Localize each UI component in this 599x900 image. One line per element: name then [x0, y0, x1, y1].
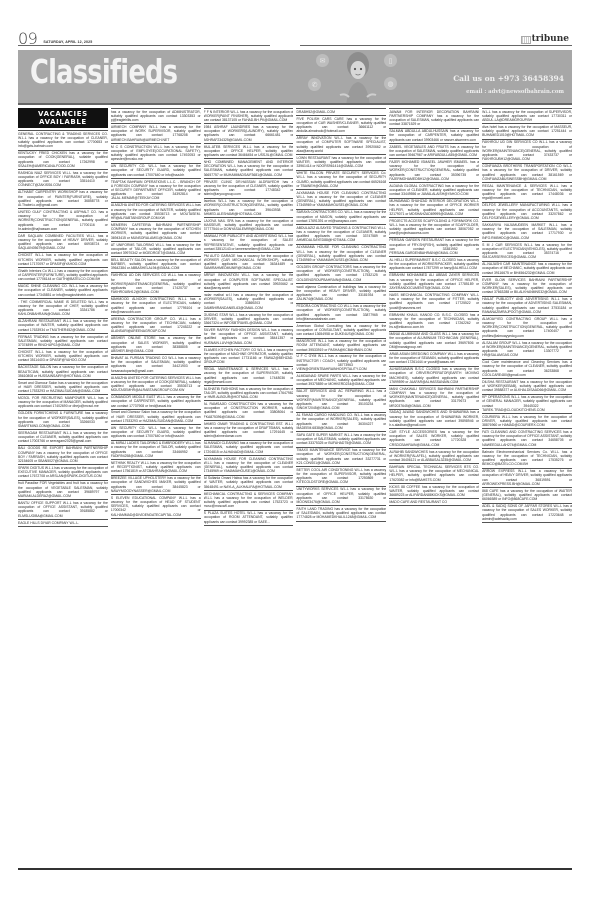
- classified-ad: FERNAS TRADING has a vacancy for the occ…: [18, 334, 108, 349]
- classified-ad: GENERAL CONTRACTING & TRADING SERVICES C…: [18, 130, 108, 151]
- classified-ad: EVER GLOW SERVICES BAHRAINI PARTNERSHIP …: [482, 277, 572, 297]
- classified-ad: ARRAY INNOVATION W.L.L has a vacancy for…: [204, 273, 294, 293]
- classified-ad: ARROW EXPRESS W.L.L has a vacancy for th…: [482, 469, 572, 489]
- classified-ad: TMAXX MAINTENANCE SERVICE has a vacancy …: [296, 448, 386, 468]
- classified-ad: ALYAMAMA HOUSE FOR CLEANING CONTRACTING …: [296, 190, 386, 210]
- classified-ad: WHITE FALCON PRIVATE SECURITY SERVICES C…: [296, 171, 386, 191]
- ad-list: has a vacancy for the occupation of ADMI…: [111, 108, 201, 519]
- classified-ad: AW SECURITY CO. W.L.L has a vacancy for …: [111, 164, 201, 179]
- classified-ad: PRIVATE CLINIC DR.HASSAN ALDRAYEDH has a…: [204, 179, 294, 199]
- classified-ad: 868 CAFE has a vacancy for the occupatio…: [482, 488, 572, 503]
- header-rule-right: [300, 45, 572, 46]
- classified-ad: AW SECURITY CO. W.L.L has a vacancy for …: [111, 425, 201, 440]
- classified-ad: KENTUCKY FRIED CHICKEN has a vacancy for…: [18, 151, 108, 171]
- ad-list: DRABH52@GMAIL.COMFIVE POLISH CARS CARE h…: [296, 108, 386, 522]
- classified-ad: ARAB ASIAN DREDGING COMPANY W.L.L has a …: [389, 351, 479, 366]
- classified-ad: BALJIT SERVICES AND AC REPAIRING W.L.L h…: [296, 389, 386, 413]
- classified-ad: AHMED OMAR TRADING & CONTRACTING EST. W.…: [204, 421, 294, 441]
- classified-ad: ALRAHIB SANDWICHES has a vacancy for the…: [389, 449, 479, 464]
- classified-ad: REGAL MAINTENANCE & SERVICES W.L.L has a…: [204, 367, 294, 387]
- classified-ad: HAILAT PUBLICITY AND ADVERTISING W.L.L h…: [482, 297, 572, 317]
- classified-ad: DELFOS JEWELLERY MANUFACTURING W.L.L has…: [482, 203, 572, 223]
- classified-ad: F F N INTERIOR W.L.L has a vacancy for t…: [204, 108, 294, 124]
- classified-ad: BAHRAIN SPECIAL TECHNICAL SERVICES BTS C…: [389, 464, 479, 484]
- classified-ad: ABDULAZIZ ALSAYED TRADING & CONTRACTING …: [296, 225, 386, 245]
- classified-ad: Bahrain Electromechanical Services Co. W…: [482, 449, 572, 469]
- classified-ad: COURIERA W.L.L has a vacancy for the occ…: [482, 414, 572, 429]
- classified-ad: UNITYWORKS SERVICES W.L.L has a vacancy …: [296, 487, 386, 507]
- classified-ad: SALMAN ABDULLA ABDULHUSSAIN has a vacanc…: [389, 129, 479, 144]
- classified-ad: CAR STYLE ACCESSORIES has a vacancy for …: [389, 429, 479, 449]
- classified-ad: AMWAAJ FOR PUBLICITY AND ADVERTISING W.L…: [204, 234, 294, 254]
- woman-figure-icon: [336, 51, 380, 103]
- ad-list: JAWAM FOR INTERIOR DECORATION BAHRAINI P…: [389, 108, 479, 506]
- mail-icon: ✉: [316, 54, 329, 67]
- classified-ad: FAKHROU UD DIN SERVICES CO W.L.L has a v…: [482, 140, 572, 164]
- classified-ad: SAFA GATE SUPER MARKET W.L.L has a vacan…: [296, 432, 386, 447]
- classified-ad: ALHASSANAIN B.S.C CLOSED has a vacancy f…: [389, 367, 479, 387]
- classified-ad: ALMDAINAD SPARE PARTS W.L.L has a vacanc…: [296, 373, 386, 388]
- column-2: has a vacancy for the occupation of ADMI…: [111, 108, 201, 868]
- classified-ad: Al Sultania Omani Halwa has a vacancy fo…: [204, 476, 294, 491]
- classified-ad: GOLDEN FORKITCHENS & FURNITURE has a vac…: [18, 411, 108, 431]
- classified-ad: S M J CAR SERVICES W.L.L has a vacancy f…: [482, 242, 572, 262]
- column-3: F F N INTERIOR W.L.L has a vacancy for t…: [204, 108, 294, 868]
- classified-ad: ALMUZHA UNITED FOR CATERING SERVICES W.L…: [111, 203, 201, 223]
- classified-ad: LOWN RESTAURANT has a vacancy for the oc…: [296, 155, 386, 170]
- classified-ad: AL MIRAJ LADIES TAILORING & EMBROIDERY W…: [111, 441, 201, 461]
- classified-ad: ALDANA GLOBAL CONTRACTING has a vacancy …: [389, 183, 479, 198]
- classified-ad: DAR SAQLAIN COMBINED FACILITIES W.L.L ha…: [18, 233, 108, 253]
- classified-ad: FEDORA CONTRACTING CO W.L.L has a vacanc…: [296, 304, 386, 324]
- classified-ad: FAJER MOHAMED ISMAEEL JAWHER ISMAEEL has…: [389, 159, 479, 183]
- classified-ad: American Global Consulting has a vacancy…: [296, 323, 386, 338]
- heading-line-1: VACANCIES: [18, 110, 108, 118]
- heading-line-2: AVAILABLE: [18, 118, 108, 126]
- classified-ad: GUIDING STAR W.L.L has a vacancy for the…: [204, 312, 294, 327]
- classified-ad: MEMERIN CAFETERIA BAHRAINI PARTNERSHIP C…: [111, 222, 201, 242]
- classified-ad: MANGROVE W.L.L has a vacancy for the occ…: [296, 339, 386, 354]
- classified-ad: SARAYA CONTRACTORS CO. W.L.L has a vacan…: [296, 210, 386, 225]
- header-rule-left: [18, 45, 270, 46]
- classified-ad: Smart and Glamour Salon has a vacancy fo…: [18, 380, 108, 395]
- classified-ad: ZABEEL VEGETABLES AND FRUITS has a vacan…: [389, 144, 479, 159]
- classified-ad: ALSHATIB FASHIONS has a vacancy for the …: [204, 386, 294, 401]
- classified-ad: Smart and Glamour Salon has a vacancy fo…: [111, 410, 201, 425]
- classified-ad: TEAPTAK BAHRAIN OPERATIONS L.L.C. - BRAN…: [111, 179, 201, 203]
- flag-icon: [521, 36, 531, 44]
- classified-ad: M C S CONSTRUCTION W.L.L has a vacancy f…: [111, 144, 201, 164]
- classified-ad: W.L.L has a vacancy for the occupation o…: [482, 108, 572, 124]
- classified-ad: AL FAHAD CARGO HANDLING CO. W.L.L has a …: [296, 413, 386, 433]
- classified-ad: : THE COMMERCIAL NAME IS DELETED W.L.L h…: [18, 299, 108, 319]
- classified-ad: EAGLE HILLS DIYAR COMPANY W.L.L.: [18, 520, 108, 527]
- classified-ad: KICKS 88 COFFEE has a vacancy for the oc…: [389, 484, 479, 499]
- page-bottom-rule: [18, 868, 572, 870]
- classified-ad: CHICKET W.L.L has a vacancy for the occu…: [18, 349, 108, 364]
- column-5: JAWAM FOR INTERIOR DECORATION BAHRAINI P…: [389, 108, 479, 868]
- classified-ad: COMANDOR MIDDLE EAST W.L.L has a vacancy…: [111, 395, 201, 410]
- classified-ad: ABSHER ONLINE STORE has a vacancy for th…: [111, 336, 201, 356]
- classified-ad: MANI CHAKWALI SERVICES BAHRAINI PARTNERS…: [389, 386, 479, 410]
- classified-ad: SAKKARIYA NAJUMUDEEN MARKET W.L.L has a …: [482, 222, 572, 242]
- classified-ad: ALZAHRANI RESTAURANT W.L.L has a vacancy…: [18, 319, 108, 334]
- classified-ad: AL HELLI SUPERMARKET B.S.C CLOSED has a …: [389, 257, 479, 272]
- classified-ad: AT UNIFORMS TAILORING W.L.L has a vacanc…: [111, 242, 201, 257]
- classified-ad: radar mathai w.l.l has a vacancy for the…: [204, 292, 294, 312]
- classified-ad: SPARK DIGITUS W.L.L has a vacancy for th…: [18, 465, 108, 480]
- classified-ad: ALMOAYYED CONTRACTING GROUP W.L.L has a …: [482, 316, 572, 340]
- page-date: SATURDAY, APRIL 12, 2025: [43, 40, 92, 44]
- classified-ad: fruit Paradise FOR Vegetables and fruit …: [18, 481, 108, 501]
- brand-logo: tribune: [521, 35, 569, 44]
- column-4: DRABH52@GMAIL.COMFIVE POLISH CARS CARE h…: [296, 108, 386, 868]
- classified-ad: U F C GYM W.L.L has a vacancy for the oc…: [296, 354, 386, 374]
- classifieds-banner: Classifieds ✉ ✆ ▯ ◍ Call us on +973 3645…: [18, 50, 572, 103]
- classified-ad: ADEL & SADIQ SONS OF JAFFAR STORES W.L.L…: [482, 504, 572, 524]
- classified-ad: MAGIC SHINE CLEANING CO. W.L.L has a vac…: [18, 284, 108, 299]
- column-1: VACANCIES AVAILABLE GENERAL CONTRACTING …: [18, 108, 108, 868]
- classifieds-columns: VACANCIES AVAILABLE GENERAL CONTRACTING …: [18, 108, 572, 868]
- classified-ad: UNITED GULF CONTRACTING & ASPHALT CO. ha…: [18, 209, 108, 233]
- classified-ad: diva hotel has a vacancy for the occupat…: [482, 124, 572, 139]
- classified-ad: MCSOL FOR RECRUITING MANPOWER W.L.L has …: [18, 395, 108, 410]
- classified-ad: DRABH52@GMAIL.COM: [296, 108, 386, 116]
- classified-ad: EBRAHIM MOHAMMED ALI ABBAS ZAYER SERVICE…: [389, 273, 479, 293]
- classified-ad: BELL BEAUTY SALON has a vacancy for the …: [111, 257, 201, 272]
- classified-ad: ARRAY INNOVATION W.L.L has a vacancy for…: [296, 136, 386, 156]
- classified-ad: BREEZEE VILLAGE UPHOLSTERY has a vacancy…: [111, 476, 201, 496]
- folio: 09 SATURDAY, APRIL 12, 2025: [18, 28, 270, 46]
- classified-ad: wadi aljanna Construction of buildings h…: [296, 284, 386, 304]
- banner-rule: [18, 103, 572, 105]
- classified-ad: ALYAMAMA HOUSE FOR CLEANING CONTRACTING …: [204, 456, 294, 476]
- classified-ad: SEERAGAM RESTAURANT W.L.L has a vacancy …: [18, 430, 108, 445]
- classified-ad: ELAMES KITCHEN FACTORY CO W.L.L has a va…: [204, 347, 294, 367]
- classified-ad: ALTHABIT CARPENTRY WORKSHOP has a vacanc…: [18, 190, 108, 210]
- contact-email[interactable]: email : advt@newsofbahrain.com: [453, 89, 564, 95]
- classified-ad: PROJECTS ACCESS SCAFFOLDING & FORMWORK C…: [389, 218, 479, 238]
- classified-ad: MECHANICAL CONTRACTING & SERVICES COMPAN…: [204, 491, 294, 511]
- classified-ad: FAITH LAND TRADING has a vacancy for the…: [296, 506, 386, 521]
- classified-ad: MAHMOOD ALNOOH CONTRACTING W.L.L has a v…: [111, 297, 201, 317]
- classified-ad: RASHIDA NIAZ SERVICES W.L.L has a vacanc…: [18, 170, 108, 190]
- brand-name: tribune: [532, 35, 569, 44]
- classified-ad: S ELEVEN EDUCATIONAL COMPANY W.L.L has a…: [111, 495, 201, 519]
- classified-ad: BHAVAT AL FURSAN TRADING CO W.L.L has a …: [111, 355, 201, 375]
- banner-title: Classifieds: [30, 52, 177, 91]
- classified-ad: Ghaith Interiors Co W.L.L has a vacancy …: [18, 268, 108, 283]
- classified-ad: MADO CAFE AND RESTAURANT CO: [389, 499, 479, 506]
- contact-block: Call us on +973 36458394 email : advt@ne…: [453, 74, 564, 95]
- classified-ad: BANTU OFFICE SUPPORT W.L.L has a vacancy…: [18, 500, 108, 520]
- mobile-icon: ▯: [384, 54, 397, 67]
- classified-ad: GOLDEN GROUP CONTRACTORS has a vacancy f…: [296, 264, 386, 284]
- classified-ad: BACKSTAGE SALON has a vacancy for the oc…: [18, 365, 108, 380]
- classified-ad: BETTER COOL AIR CONDITIONING W.L.L has a…: [296, 467, 386, 487]
- classified-ad: NETHINK REALTY W.L.L has a vacancy for t…: [111, 460, 201, 475]
- classified-ad: 1984 ASHRAF LAUNDRIES has a vacancy for …: [204, 124, 294, 144]
- classified-ad: JAWAM FOR INTERIOR DECORATION BAHRAINI P…: [389, 108, 479, 129]
- classified-ad: EBRAHIM KHALIL KANOO CO. B.S.C. CLOSED h…: [389, 312, 479, 332]
- page-number: 09: [18, 32, 37, 46]
- classified-ad: CONFIANZA BROTHERS TRANSPORTATION CO W.L…: [482, 164, 572, 184]
- classified-ad: MUL.ATEB SERVICES W.L.L has a vacancy fo…: [204, 144, 294, 159]
- column-6: W.L.L has a vacancy for the occupation o…: [482, 108, 572, 868]
- classified-ad: AL-NAJASHI CAR MAINTENANCE has a vacancy…: [482, 262, 572, 277]
- classified-ad: KP OPERATIONS W.L.L has a vacancy for th…: [482, 395, 572, 415]
- classified-ad: AREENA CONTRACTOR GROUP CO. W.L.L has a …: [111, 316, 201, 336]
- classified-ad: PM AUTO GARAGE has a vacancy for the occ…: [204, 253, 294, 273]
- classified-ad: CHICKET W.L.L has a vacancy for the occu…: [18, 253, 108, 268]
- globe-icon: ◍: [384, 77, 397, 90]
- classified-ad: ALYAMAMA HOUSE FOR CLEANING CONTRACTING …: [296, 245, 386, 265]
- classified-ad: PERSIAN GARDEN RESTAURANT has a vacancy …: [389, 238, 479, 258]
- classified-ad: NASS MECHANICAL CONTRACTING COMPANY W.L.…: [389, 292, 479, 312]
- ad-list: F F N INTERIOR W.L.L has a vacancy for t…: [204, 108, 294, 526]
- classified-ad: SILVER RAFFAY FASHION DESIGN W.L.L has a…: [204, 327, 294, 347]
- vacancies-heading: VACANCIES AVAILABLE: [18, 108, 108, 128]
- phone-icon: ✆: [308, 78, 321, 91]
- classified-ad: FATI CLEANING AND CONTRACTING SERVICES h…: [482, 429, 572, 449]
- classified-ad: S PLAZA SUITES HOTEL W.L.L has a vacancy…: [204, 511, 294, 526]
- classified-ad: NHG COMBINED MANAGEMENT AND INTERIOR DEC…: [204, 159, 294, 179]
- classified-ad: FIVE POLISH CARS CARE has a vacancy for …: [296, 116, 386, 136]
- classified-ad: AL RAMSAJID CONSTRUCTION has a vacancy f…: [204, 401, 294, 421]
- classified-ad: AIRMECH COMPANY W.L.L has a vacancy for …: [111, 124, 201, 144]
- ad-list: W.L.L has a vacancy for the occupation o…: [482, 108, 572, 523]
- classified-ad: DILSHA RESTAURANT has a vacancy for the …: [482, 379, 572, 394]
- classified-ad: FAKHROU UD DIN SERVICES CO W.L.L has a v…: [111, 273, 201, 297]
- classified-ad: ALSALAM GROUP W.L.L has a vacancy for th…: [482, 340, 572, 360]
- classified-ad: REGAL MAINTENANCE & SERVICES W.L.L has a…: [482, 183, 572, 203]
- classified-ad: MANAI ALUMINIUM AND GLASS W.L.L has a va…: [389, 332, 479, 352]
- classified-ad: has a vacancy for the occupation of ADMI…: [111, 108, 201, 124]
- classified-ad: SADAQ ALWAD SANDWICHES AND SHAWARMA has …: [389, 410, 479, 430]
- classified-ad: LAJOVA NAIL SPA has a vacancy for the oc…: [204, 218, 294, 233]
- classified-ad: facebus W.L.L has a vacancy for the occu…: [204, 199, 294, 219]
- contact-phone[interactable]: Call us on +973 36458394: [453, 74, 564, 83]
- classified-ad: ALHANADI CLEANING has a vacancy for the …: [204, 441, 294, 456]
- classified-ad: MUHAMMAD SHAHZAD INTERIOR DECORATION W.L…: [389, 199, 479, 219]
- classified-ad: BALI GOODS RE EXPORT BAHRAINI PARTNERSHI…: [18, 446, 108, 466]
- classified-ad: ALMUZHA UNITED FOR CATERING SERVICES W.L…: [111, 375, 201, 395]
- ad-list: GENERAL CONTRACTING & TRADING SERVICES C…: [18, 130, 108, 527]
- classified-ad: Cool Care maintenance and Cleaning Servi…: [482, 360, 572, 380]
